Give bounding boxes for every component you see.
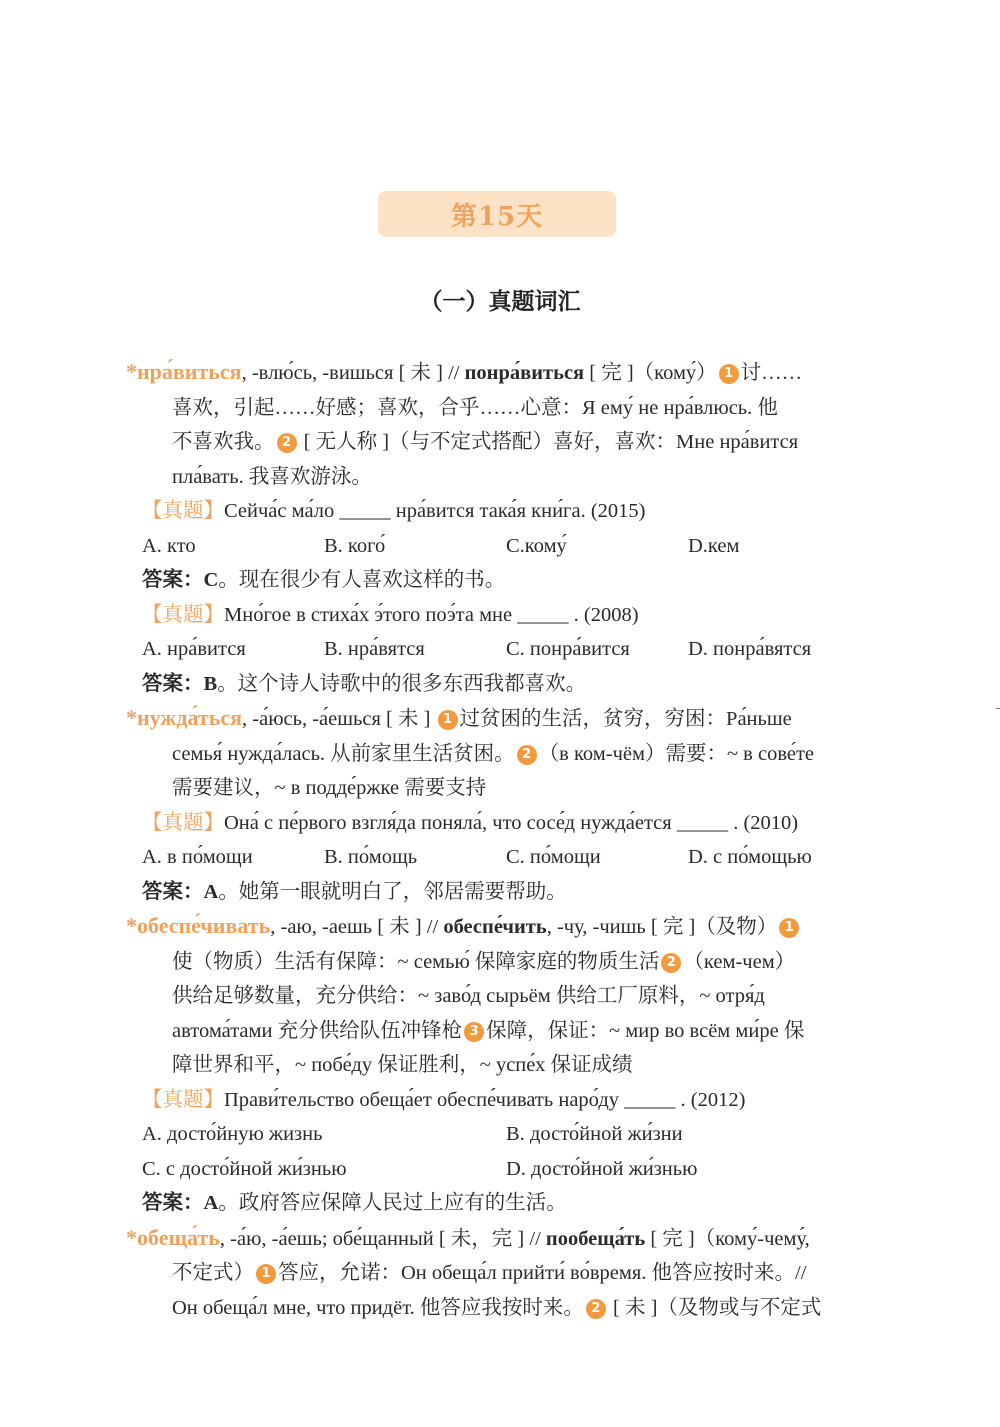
exam-question: 【真题】Она́ с пе́рвого взгля́да поняла́, чт… — [126, 806, 872, 841]
options-row: A. кто B. кого́ C.кому́ D.кем — [126, 529, 872, 564]
vocabulary-content: *нра́виться, -влю́сь, -вишься [ 未 ] // п… — [126, 355, 872, 1325]
aspect-govern: [ 完 ]（кому́-чему́, — [645, 1228, 810, 1250]
inflection: , -аю, -аешь [ 未 ] // — [270, 916, 443, 938]
definition-text: （в ком-чём）需要：~ в сове́те — [539, 743, 814, 765]
option-b: B. досто́йной жи́зни — [506, 1117, 870, 1152]
answer-letter: A — [204, 1192, 219, 1214]
entry-line: пла́вать. 我喜欢游泳。 — [126, 460, 872, 495]
sense-number-icon: 2 — [277, 433, 297, 453]
question-text: Она́ с пе́рвого взгля́да поняла́, что со… — [224, 812, 798, 834]
answer-line: 答案：A。她第一眼就明白了，邻居需要帮助。 — [126, 875, 872, 910]
headword: *нра́виться — [126, 359, 242, 384]
option-d: D. с по́мощью — [688, 840, 870, 875]
answer-letter: A — [204, 881, 219, 903]
entry-line: 供给足够数量，充分供给：~ заво́д сырьём 供给工厂原料，~ отр… — [126, 979, 872, 1014]
entry-line: Он обеща́л мне, что придёт. 他答应我按时来。2 [ … — [126, 1291, 872, 1326]
option-a: A. кто — [142, 529, 324, 564]
exam-question: 【真题】Прави́тельство обеща́ет обеспе́чиват… — [126, 1083, 872, 1118]
option-b: B. кого́ — [324, 529, 506, 564]
sense-number-icon: 1 — [719, 364, 739, 384]
answer-letter: C — [204, 569, 219, 591]
sense-number-icon: 1 — [438, 710, 458, 730]
entry-line: *нужда́ться, -а́юсь, -а́ешься [ 未 ] 1过贫困… — [126, 701, 872, 737]
options-row: A. досто́йную жизнь B. досто́йной жи́зни — [126, 1117, 872, 1152]
entry-line: 不喜欢我。2 [ 无人称 ]（与不定式搭配）喜好，喜欢：Мне нра́витс… — [126, 425, 872, 460]
option-a: A. в по́мощи — [142, 840, 324, 875]
example-text: 障世界和平，~ побе́ду 保证胜利，~ успе́х 保证成绩 — [172, 1054, 632, 1076]
sense-number-icon: 3 — [464, 1022, 484, 1042]
exam-tag: 【真题】 — [142, 812, 224, 834]
exam-question: 【真题】Сейча́с ма́ло _____ нра́вится така́я… — [126, 494, 872, 529]
answer-text: 。她第一眼就明白了，邻居需要帮助。 — [218, 881, 567, 903]
perfective-form: пообеща́ть — [546, 1228, 645, 1250]
day-title: 第15天 — [451, 196, 543, 233]
option-a: A. нра́вится — [142, 632, 324, 667]
example-text: пла́вать. 我喜欢游泳。 — [172, 466, 372, 488]
definition-text: [ 未 ]（及物或与不定式 — [608, 1297, 822, 1319]
definition-text: （кем-чем） — [683, 951, 795, 973]
sense-number-icon: 2 — [517, 745, 537, 765]
example-text: 需要建议，~ в подде́ржке 需要支持 — [172, 777, 486, 799]
option-c: C. по́мощи — [506, 840, 688, 875]
answer-text: 。这个诗人诗歌中的很多东西我都喜欢。 — [217, 673, 586, 695]
exam-tag: 【真题】 — [142, 500, 224, 522]
option-b: B. нра́вятся — [324, 632, 506, 667]
day-banner: 第15天 — [378, 191, 616, 237]
example-text: семья́ нужда́лась. 从前家里生活贫困。 — [172, 743, 515, 765]
entry-obespechivat: *обеспе́чивать, -аю, -аешь [ 未 ] // обес… — [126, 909, 872, 1221]
option-a: A. досто́йную жизнь — [142, 1117, 506, 1152]
answer-label: 答案： — [142, 673, 204, 695]
answer-text: 。政府答应保障人民过上应有的生活。 — [218, 1192, 567, 1214]
entry-nravitsya: *нра́виться, -влю́сь, -вишься [ 未 ] // п… — [126, 355, 872, 701]
answer-line: 答案：C。现在很少有人喜欢这样的书。 — [126, 563, 872, 598]
entry-line: 不定式）1答应，允诺：Он обеща́л прийти́ во́время. … — [126, 1256, 872, 1291]
entry-line: автома́тами 充分供给队伍冲锋枪3保障，保证：~ мир во всё… — [126, 1014, 872, 1049]
question-text: Прави́тельство обеща́ет обеспе́чивать на… — [224, 1089, 745, 1111]
perfective-form: обеспе́чить — [443, 916, 546, 938]
answer-line: 答案：B。这个诗人诗歌中的很多东西我都喜欢。 — [126, 667, 872, 702]
option-b: B. по́мощь — [324, 840, 506, 875]
entry-line: семья́ нужда́лась. 从前家里生活贫困。2（в ком-чём）… — [126, 737, 872, 772]
headword: *нужда́ться — [126, 705, 242, 730]
aspect-govern: [ 完 ]（кому́） — [584, 362, 717, 384]
answer-label: 答案： — [142, 569, 204, 591]
headword: *обеща́ть — [126, 1225, 220, 1250]
entry-obeshchat: *обеща́ть, -а́ю, -а́ешь; обе́щанный [ 未，… — [126, 1221, 872, 1326]
answer-label: 答案： — [142, 1192, 204, 1214]
exam-tag: 【真题】 — [142, 604, 224, 626]
answer-line: 答案：A。政府答应保障人民过上应有的生活。 — [126, 1186, 872, 1221]
definition-text: 过贫困的生活，贫穷，穷困：Ра́ньше — [460, 708, 792, 730]
answer-text: 。现在很少有人喜欢这样的书。 — [218, 569, 505, 591]
inflection: , -влю́сь, -вишься [ 未 ] // — [242, 362, 465, 384]
answer-label: 答案： — [142, 881, 204, 903]
entry-nuzhdatsya: *нужда́ться, -а́юсь, -а́ешься [ 未 ] 1过贫困… — [126, 701, 872, 909]
definition-text: 喜欢，引起……好感；喜欢，合乎……心意：Я ему́ не нра́влюсь.… — [172, 397, 778, 419]
option-c: C. с досто́йной жи́знью — [142, 1152, 506, 1187]
option-d: D. досто́йной жи́знью — [506, 1152, 870, 1187]
perfective-form: понра́виться — [465, 362, 585, 384]
option-d: D.кем — [688, 529, 870, 564]
sense-number-icon: 2 — [661, 953, 681, 973]
entry-line: 使（物质）生活有保障：~ семью́ 保障家庭的物质生活2（кем-чем） — [126, 945, 872, 980]
definition-text: 供给足够数量，充分供给：~ заво́д сырьём 供给工厂原料，~ отр… — [172, 985, 765, 1007]
definition-text: 不定式） — [172, 1262, 254, 1284]
example-text: Он обеща́л мне, что придёт. 他答应我按时来。 — [172, 1297, 584, 1319]
option-c: C.кому́ — [506, 529, 688, 564]
sense-number-icon: 1 — [779, 918, 799, 938]
entry-line: *нра́виться, -влю́сь, -вишься [ 未 ] // п… — [126, 355, 872, 391]
question-text: Мно́гое в стиха́х э́того поэ́та мне ____… — [224, 604, 639, 626]
headword: *обеспе́чивать — [126, 913, 270, 938]
page-edge-mark — [996, 708, 1000, 709]
entry-line: 喜欢，引起……好感；喜欢，合乎……心意：Я ему́ не нра́влюсь.… — [126, 391, 872, 426]
options-row: C. с досто́йной жи́знью D. досто́йной жи… — [126, 1152, 872, 1187]
sense-number-icon: 1 — [256, 1264, 276, 1284]
entry-line: 需要建议，~ в подде́ржке 需要支持 — [126, 771, 872, 806]
inflection: , -а́ю, -а́ешь; обе́щанный [ 未，完 ] // — [220, 1228, 546, 1250]
definition-text: 讨…… — [741, 362, 803, 384]
definition-text: 使（物质）生活有保障：~ семью́ 保障家庭的物质生活 — [172, 951, 659, 973]
exam-tag: 【真题】 — [142, 1089, 224, 1111]
definition-text: 保障，保证：~ мир во всём ми́ре 保 — [486, 1020, 804, 1042]
option-d: D. понра́вятся — [688, 632, 870, 667]
definition-text: [ 无人称 ]（与不定式搭配）喜好，喜欢：Мне нра́вится — [299, 431, 799, 453]
example-text: автома́тами 充分供给队伍冲锋枪 — [172, 1020, 462, 1042]
definition-text: 不喜欢我。 — [172, 431, 275, 453]
entry-line: 障世界和平，~ побе́ду 保证胜利，~ успе́х 保证成绩 — [126, 1048, 872, 1083]
entry-line: *обеспе́чивать, -аю, -аешь [ 未 ] // обес… — [126, 909, 872, 945]
question-text: Сейча́с ма́ло _____ нра́вится така́я кни… — [224, 500, 645, 522]
answer-letter: B — [204, 673, 218, 695]
option-c: C. понра́вится — [506, 632, 688, 667]
sense-number-icon: 2 — [586, 1299, 606, 1319]
exam-question: 【真题】Мно́гое в стиха́х э́того поэ́та мне … — [126, 598, 872, 633]
options-row: A. нра́вится B. нра́вятся C. понра́вится… — [126, 632, 872, 667]
entry-line: *обеща́ть, -а́ю, -а́ешь; обе́щанный [ 未，… — [126, 1221, 872, 1257]
section-title: （一）真题词汇 — [0, 283, 1000, 316]
inflection: , -а́юсь, -а́ешься [ 未 ] — [242, 708, 436, 730]
options-row: A. в по́мощи B. по́мощь C. по́мощи D. с … — [126, 840, 872, 875]
aspect-govern: , -чу, -чишь [ 完 ]（及物） — [547, 916, 778, 938]
definition-text: 答应，允诺：Он обеща́л прийти́ во́время. 他答应按时… — [278, 1262, 806, 1284]
